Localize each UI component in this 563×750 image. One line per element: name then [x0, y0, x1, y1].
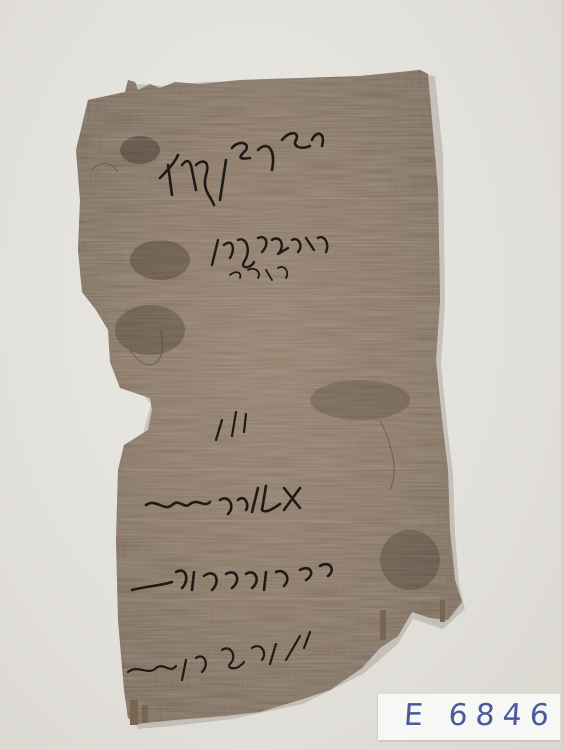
papyrus-fragment	[0, 0, 563, 750]
inventory-number: E 6846	[403, 698, 558, 733]
inventory-label: E 6846	[378, 693, 563, 740]
